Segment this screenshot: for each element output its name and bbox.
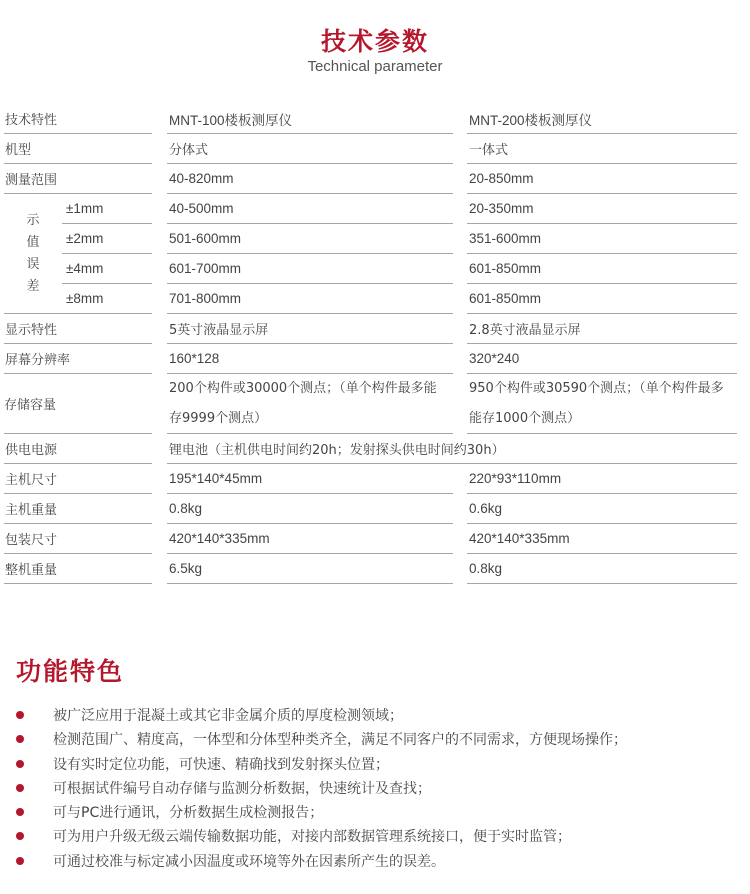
feature-text: 可为用户升级无级云端传输数据功能，对接内部数据管理系统接口，便于实时监管； — [53, 826, 571, 846]
spec-row-package-size: 包装尺寸 420*140*335mm 420*140*335mm — [4, 524, 750, 554]
section-subtitle-english: Technical parameter — [0, 58, 750, 75]
spec-value-mnt100: 40-500mm — [167, 194, 453, 224]
spec-label: 主机重量 — [4, 494, 152, 524]
spec-label: 技术特性 — [4, 104, 152, 134]
spec-value-mnt200: 2.8英寸液晶显示屏 — [467, 314, 737, 344]
list-item: 检测范围广、精度高，一体型和分体型种类齐全，满足不同客户的不同需求，方便现场操作… — [0, 727, 750, 751]
section-title-features: 功能特色 — [16, 652, 124, 688]
spec-value-mnt200: 320*240 — [467, 344, 737, 374]
bullet-dot-icon — [16, 808, 24, 816]
spec-label: 整机重量 — [4, 554, 152, 584]
spec-label: 显示特性 — [4, 314, 152, 344]
spec-value-mnt200: 220*93*110mm — [467, 464, 737, 494]
bullet-dot-icon — [16, 760, 24, 768]
spec-sublabel: ±8mm — [62, 284, 152, 314]
spec-row-host-weight: 主机重量 0.8kg 0.6kg — [4, 494, 750, 524]
spec-value-mnt200: 420*140*335mm — [467, 524, 737, 554]
spec-value-mnt200: 601-850mm — [467, 254, 737, 284]
storage-line-2: 能存1000个测点） — [469, 404, 580, 434]
storage-line-1: 950个构件或30590个测点；（单个构件最多 — [469, 374, 724, 404]
spec-value-mnt200: MNT-200楼板测厚仪 — [467, 104, 737, 134]
spec-value-mnt100: 701-800mm — [167, 284, 453, 314]
spec-row-error-1mm: ±1mm 40-500mm 20-350mm — [4, 194, 750, 224]
feature-text: 被广泛应用于混凝土或其它非金属介质的厚度检测领域； — [53, 705, 403, 725]
spec-label: 机型 — [4, 134, 152, 164]
spec-value-mnt100: 501-600mm — [167, 224, 453, 254]
feature-text: 检测范围广、精度高，一体型和分体型种类齐全，满足不同客户的不同需求，方便现场操作… — [53, 729, 627, 749]
spec-value-mnt100: 601-700mm — [167, 254, 453, 284]
list-item: 被广泛应用于混凝土或其它非金属介质的厚度检测领域； — [0, 703, 750, 727]
spec-value-mnt200: 20-850mm — [467, 164, 737, 194]
spec-value-mnt200: 0.6kg — [467, 494, 737, 524]
spec-value-shared: 锂电池（主机供电时间约20h；发射探头供电时间约30h） — [167, 434, 737, 464]
list-item: 可通过校准与标定减小因温度或环境等外在因素所产生的误差。 — [0, 849, 750, 873]
spec-label: 主机尺寸 — [4, 464, 152, 494]
spec-sublabel: ±4mm — [62, 254, 152, 284]
spec-row-storage: 存储容量 200个构件或30000个测点；（单个构件最多能 存9999个测点） … — [4, 374, 750, 434]
spec-label: 存储容量 — [4, 374, 152, 434]
spec-value-mnt200: 601-850mm — [467, 284, 737, 314]
spec-value-mnt200: 一体式 — [467, 134, 737, 164]
spec-value-mnt100: 160*128 — [167, 344, 453, 374]
storage-line-1: 200个构件或30000个测点；（单个构件最多能 — [169, 374, 437, 404]
spec-row-total-weight: 整机重量 6.5kg 0.8kg — [4, 554, 750, 584]
spec-sublabel: ±1mm — [62, 194, 152, 224]
feature-text: 可根据试件编号自动存储与监测分析数据，快速统计及查找； — [53, 778, 431, 798]
spec-row-measure-range: 测量范围 40-820mm 20-850mm — [4, 164, 750, 194]
spec-value-mnt200: 950个构件或30590个测点；（单个构件最多 能存1000个测点） — [467, 374, 737, 434]
spec-value-mnt100: MNT-100楼板测厚仪 — [167, 104, 453, 134]
list-item: 可与PC进行通讯，分析数据生成检测报告； — [0, 800, 750, 824]
spec-value-mnt100: 195*140*45mm — [167, 464, 453, 494]
list-item: 设有实时定位功能，可快速、精确找到发射探头位置； — [0, 752, 750, 776]
spec-value-mnt100: 分体式 — [167, 134, 453, 164]
bullet-dot-icon — [16, 735, 24, 743]
spec-value-mnt200: 351-600mm — [467, 224, 737, 254]
spec-row-header: 技术特性 MNT-100楼板测厚仪 MNT-200楼板测厚仪 — [4, 104, 750, 134]
spec-row-power: 供电电源 锂电池（主机供电时间约20h；发射探头供电时间约30h） — [4, 434, 750, 464]
spec-value-mnt100: 0.8kg — [167, 494, 453, 524]
storage-line-2: 存9999个测点） — [169, 404, 267, 434]
spec-label: 测量范围 — [4, 164, 152, 194]
spec-value-mnt100: 5英寸液晶显示屏 — [167, 314, 453, 344]
bullet-dot-icon — [16, 857, 24, 865]
spec-value-mnt200: 0.8kg — [467, 554, 737, 584]
list-item: 可为用户升级无级云端传输数据功能，对接内部数据管理系统接口，便于实时监管； — [0, 824, 750, 848]
spec-sublabel: ±2mm — [62, 224, 152, 254]
spec-row-model-type: 机型 分体式 一体式 — [4, 134, 750, 164]
spec-row-host-size: 主机尺寸 195*140*45mm 220*93*110mm — [4, 464, 750, 494]
spec-label: 屏幕分辨率 — [4, 344, 152, 374]
spec-value-mnt100: 6.5kg — [167, 554, 453, 584]
spec-value-mnt100: 200个构件或30000个测点；（单个构件最多能 存9999个测点） — [167, 374, 453, 434]
spec-label: 包装尺寸 — [4, 524, 152, 554]
spec-row-resolution: 屏幕分辨率 160*128 320*240 — [4, 344, 750, 374]
spec-row-error-2mm: ±2mm 501-600mm 351-600mm — [4, 224, 750, 254]
bullet-dot-icon — [16, 832, 24, 840]
spec-row-display: 显示特性 5英寸液晶显示屏 2.8英寸液晶显示屏 — [4, 314, 750, 344]
feature-list: 被广泛应用于混凝土或其它非金属介质的厚度检测领域； 检测范围广、精度高，一体型和… — [0, 703, 750, 873]
spec-value-mnt100: 40-820mm — [167, 164, 453, 194]
spec-table: 技术特性 MNT-100楼板测厚仪 MNT-200楼板测厚仪 机型 分体式 一体… — [4, 104, 750, 584]
section-title-technical-parameters: 技术参数 — [0, 22, 750, 58]
spec-row-error-4mm: ±4mm 601-700mm 601-850mm — [4, 254, 750, 284]
spec-group-indication-error: 示 值 误 差 ±1mm 40-500mm 20-350mm ±2mm 501-… — [4, 194, 750, 314]
spec-value-mnt100: 420*140*335mm — [167, 524, 453, 554]
bullet-dot-icon — [16, 784, 24, 792]
bullet-dot-icon — [16, 711, 24, 719]
list-item: 可根据试件编号自动存储与监测分析数据，快速统计及查找； — [0, 776, 750, 800]
feature-text: 可与PC进行通讯，分析数据生成检测报告； — [53, 802, 323, 822]
feature-text: 设有实时定位功能，可快速、精确找到发射探头位置； — [53, 754, 389, 774]
spec-label: 供电电源 — [4, 434, 152, 464]
spec-value-mnt200: 20-350mm — [467, 194, 737, 224]
feature-text: 可通过校准与标定减小因温度或环境等外在因素所产生的误差。 — [53, 851, 445, 871]
spec-row-error-8mm: ±8mm 701-800mm 601-850mm — [4, 284, 750, 314]
